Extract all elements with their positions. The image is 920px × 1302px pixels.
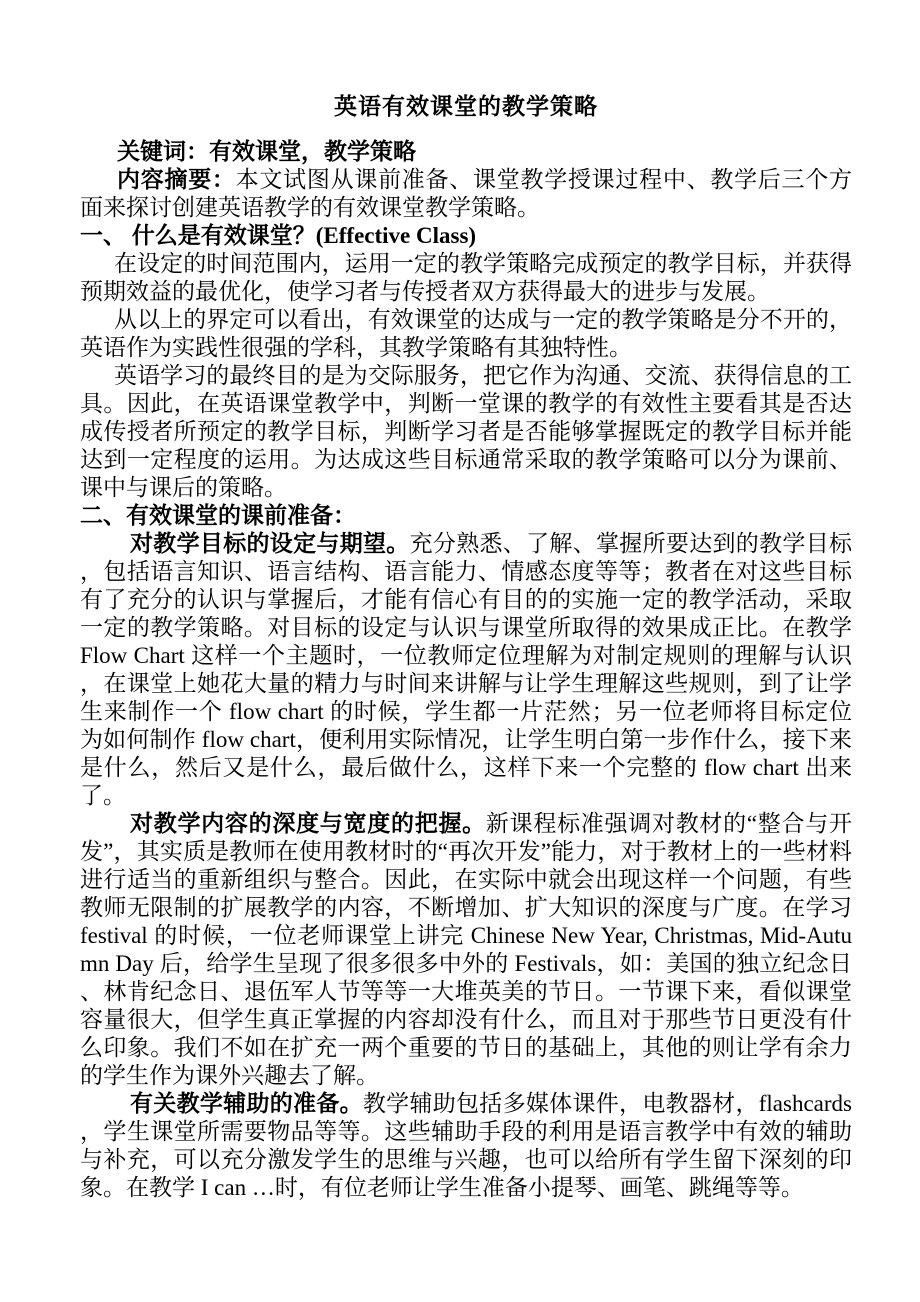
section1-paragraph-2: 从以上的界定可以看出，有效课堂的达成与一定的教学策略是分不开的，英语作为实践性很… — [80, 306, 852, 362]
abstract-label: 内容摘要： — [117, 167, 236, 192]
section2-point-1: 对教学目标的设定与期望。充分熟悉、了解、掌握所要达到的教学目标，包括语言知识、语… — [80, 530, 852, 810]
document-title: 英语有效课堂的教学策略 — [80, 94, 852, 120]
section2-point-1-lead: 对教学目标的设定与期望。 — [130, 531, 410, 556]
keywords-value: 有效课堂，教学策略 — [209, 139, 416, 164]
section1-heading: 一、 什么是有效课堂？(Effective Class) — [80, 222, 852, 250]
section2-point-2: 对教学内容的深度与宽度的把握。新课程标准强调对教材的“整合与开发”，其实质是教师… — [80, 810, 852, 1090]
section1-paragraph-1: 在设定的时间范围内，运用一定的教学策略完成预定的教学目标，并获得预期效益的最优化… — [80, 250, 852, 306]
section2-point-2-text: 新课程标准强调对教材的“整合与开发”，其实质是教师在使用教材时的“再次开发”能力… — [80, 811, 852, 1088]
section2-point-2-lead: 对教学内容的深度与宽度的把握。 — [130, 811, 486, 836]
abstract-line: 内容摘要：本文试图从课前准备、课堂教学授课过程中、教学后三个方面来探讨创建英语教… — [80, 166, 852, 222]
document-content: 英语有效课堂的教学策略 关键词：有效课堂，教学策略 内容摘要：本文试图从课前准备… — [80, 94, 852, 1202]
document-page: 英语有效课堂的教学策略 关键词：有效课堂，教学策略 内容摘要：本文试图从课前准备… — [0, 0, 920, 1302]
section2-heading: 二、有效课堂的课前准备： — [80, 502, 852, 530]
keywords-line: 关键词：有效课堂，教学策略 — [80, 138, 852, 166]
section2-point-3: 有关教学辅助的准备。教学辅助包括多媒体课件，电教器材，flashcards，学生… — [80, 1090, 852, 1202]
keywords-label: 关键词： — [117, 139, 209, 164]
section2-point-1-text: 充分熟悉、了解、掌握所要达到的教学目标，包括语言知识、语言结构、语言能力、情感态… — [80, 531, 852, 808]
section1-paragraph-3: 英语学习的最终目的是为交际服务，把它作为沟通、交流、获得信息的工具。因此，在英语… — [80, 362, 852, 502]
section2-point-3-lead: 有关教学辅助的准备。 — [130, 1091, 363, 1116]
